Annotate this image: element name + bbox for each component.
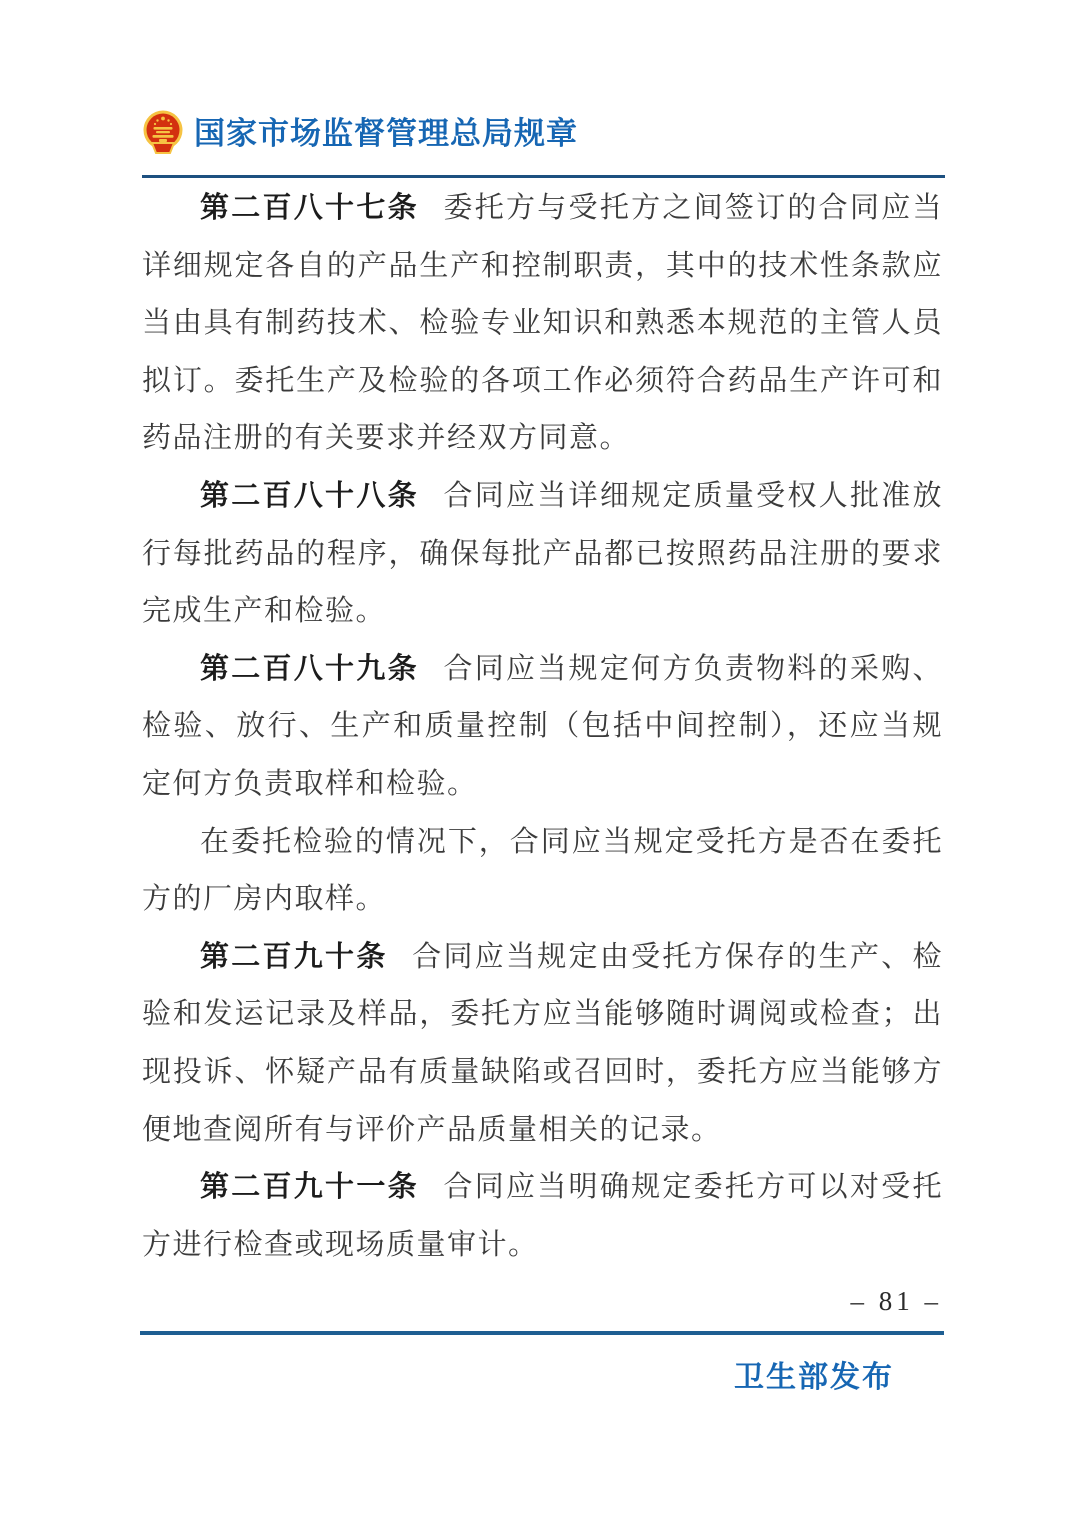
article-number: 第二百八十八条 bbox=[200, 480, 419, 512]
header-divider bbox=[142, 175, 945, 178]
page-title: 国家市场监督管理总局规章 bbox=[194, 118, 578, 149]
article-number: 第二百九十条 bbox=[200, 941, 388, 973]
article-paragraph: 第二百八十九条合同应当规定何方负责物料的采购、检验、放行、生产和质量控制（包括中… bbox=[142, 641, 943, 814]
article-number: 第二百八十九条 bbox=[200, 653, 419, 685]
article-paragraph: 第二百八十七条委托方与受托方之间签订的合同应当详细规定各自的产品生产和控制职责，… bbox=[142, 180, 943, 468]
document-header: 国家市场监督管理总局规章 bbox=[142, 110, 945, 156]
document-page: 国家市场监督管理总局规章 第二百八十七条委托方与受托方之间签订的合同应当详细规定… bbox=[0, 0, 1074, 1520]
article-paragraph: 第二百八十八条合同应当详细规定质量受权人批准放行每批药品的程序，确保每批产品都已… bbox=[142, 468, 943, 641]
article-paragraph: 在委托检验的情况下，合同应当规定受托方是否在委托方的厂房内取样。 bbox=[142, 814, 943, 929]
article-paragraph: 第二百九十一条合同应当明确规定委托方可以对受托方进行检查或现场质量审计。 bbox=[142, 1159, 943, 1274]
page-number: – 81 – bbox=[851, 1286, 943, 1317]
document-body: 第二百八十七条委托方与受托方之间签订的合同应当详细规定各自的产品生产和控制职责，… bbox=[142, 180, 943, 1274]
china-national-emblem-icon bbox=[142, 110, 184, 156]
footer-divider bbox=[140, 1331, 944, 1335]
publisher-label: 卫生部发布 bbox=[734, 1352, 894, 1396]
article-number: 第二百八十七条 bbox=[200, 192, 419, 224]
article-number: 第二百九十一条 bbox=[200, 1171, 419, 1203]
article-paragraph: 第二百九十条合同应当规定由受托方保存的生产、检验和发运记录及样品，委托方应当能够… bbox=[142, 929, 943, 1159]
